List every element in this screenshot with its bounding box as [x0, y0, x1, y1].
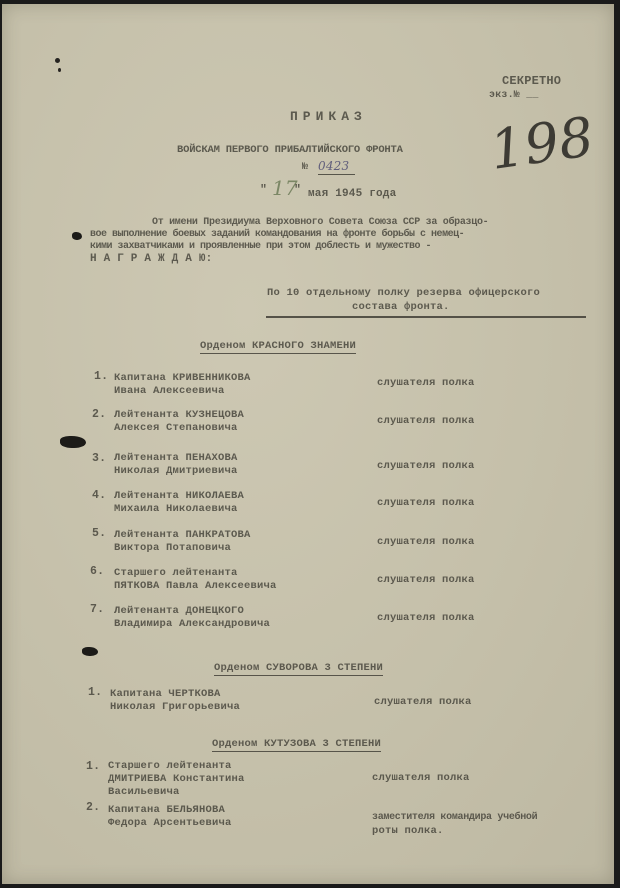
preamble-line-1: От имени Президиума Верховного Совета Со…	[152, 217, 488, 228]
date-rest: мая 1945 года	[308, 188, 396, 200]
entry-position: слушателя полка	[374, 696, 472, 708]
date-quote-close: "	[294, 184, 301, 197]
entry-position: слушателя полка	[377, 377, 475, 389]
copy-number: экз.№ __	[489, 90, 539, 101]
document-page: СЕКРЕТНО экз.№ __ 198 ПРИКАЗ ВОЙСКАМ ПЕР…	[2, 4, 614, 884]
order-number-prefix: №	[302, 162, 308, 173]
preamble-line-2: вое выполнение боевых заданий командован…	[90, 229, 464, 240]
preamble-line-3: кими захватчиками и проявленные при этом…	[90, 241, 431, 252]
unit-line-2: состава фронта.	[352, 301, 450, 313]
order-number: 0423	[318, 159, 355, 175]
entry-position: слушателя полка	[377, 415, 475, 427]
ink-blot	[60, 436, 86, 448]
entry-given-name: Владимира Александровича	[114, 618, 270, 630]
entry-rank-name: Капитана БЕЛЬЯНОВА	[108, 804, 225, 816]
entry-number: 3.	[92, 452, 106, 465]
entry-given-name: Ивана Алексеевича	[114, 385, 225, 397]
entry-number: 5.	[92, 527, 106, 540]
entry-rank-name: Лейтенанта ПЕНАХОВА	[114, 452, 238, 464]
entry-given-name: Николая Дмитриевича	[114, 465, 238, 477]
entry-number: 6.	[90, 565, 104, 578]
award-heading-red-banner: Орденом КРАСНОГО ЗНАМЕНИ	[200, 340, 356, 354]
ink-blot	[72, 232, 82, 240]
entry-number: 2.	[86, 801, 100, 814]
entry-rank-name: Старшего лейтенанта	[114, 567, 238, 579]
document-title: ПРИКАЗ	[290, 109, 367, 124]
entry-number: 7.	[90, 603, 104, 616]
entry-given-name: ДМИТРИЕВА Константина	[108, 773, 245, 785]
entry-rank-name: Лейтенанта НИКОЛАЕВА	[114, 490, 244, 502]
date-quote-open: "	[260, 184, 267, 197]
classification-stamp: СЕКРЕТНО	[502, 74, 561, 88]
entry-position: слушателя полка	[377, 536, 475, 548]
ink-speck	[55, 58, 60, 63]
award-heading-kutuzov: Орденом КУТУЗОВА 3 СТЕПЕНИ	[212, 738, 381, 752]
entry-number: 2.	[92, 408, 106, 421]
entry-given-name: Федора Арсентьевича	[108, 817, 232, 829]
entry-patronymic: Васильевича	[108, 786, 180, 798]
award-verb: Н А Г Р А Ж Д А Ю:	[90, 253, 212, 265]
entry-rank-name: Старшего лейтенанта	[108, 760, 232, 772]
entry-position: заместителя командира учебной	[372, 812, 537, 823]
entry-number: 1.	[94, 370, 108, 383]
entry-position: слушателя полка	[372, 772, 470, 784]
entry-position-cont: роты полка.	[372, 825, 444, 837]
entry-rank-name: Лейтенанта КУЗНЕЦОВА	[114, 409, 244, 421]
entry-position: слушателя полка	[377, 497, 475, 509]
entry-position: слушателя полка	[377, 460, 475, 472]
entry-given-name: ПЯТКОВА Павла Алексеевича	[114, 580, 277, 592]
award-heading-suvorov: Орденом СУВОРОВА 3 СТЕПЕНИ	[214, 662, 383, 676]
handwritten-number: 198	[486, 105, 597, 182]
entry-rank-name: Капитана ЧЕРТКОВА	[110, 688, 221, 700]
entry-rank-name: Капитана КРИВЕННИКОВА	[114, 372, 251, 384]
document-subtitle: ВОЙСКАМ ПЕРВОГО ПРИБАЛТИЙСКОГО ФРОНТА	[177, 144, 403, 156]
unit-line-1: По 10 отдельному полку резерва офицерско…	[267, 287, 540, 299]
ink-blot	[82, 647, 98, 656]
entry-rank-name: Лейтенанта ПАНКРАТОВА	[114, 529, 251, 541]
entry-rank-name: Лейтенанта ДОНЕЦКОГО	[114, 605, 244, 617]
entry-given-name: Алексея Степановича	[114, 422, 238, 434]
entry-given-name: Николая Григорьевича	[110, 701, 240, 713]
entry-position: слушателя полка	[377, 574, 475, 586]
entry-given-name: Михаила Николаевича	[114, 503, 238, 515]
entry-number: 1.	[86, 760, 100, 773]
entry-position: слушателя полка	[377, 612, 475, 624]
unit-underline	[266, 316, 586, 318]
entry-given-name: Виктора Потаповича	[114, 542, 231, 554]
entry-number: 4.	[92, 489, 106, 502]
entry-number: 1.	[88, 686, 102, 699]
ink-speck	[58, 68, 61, 72]
